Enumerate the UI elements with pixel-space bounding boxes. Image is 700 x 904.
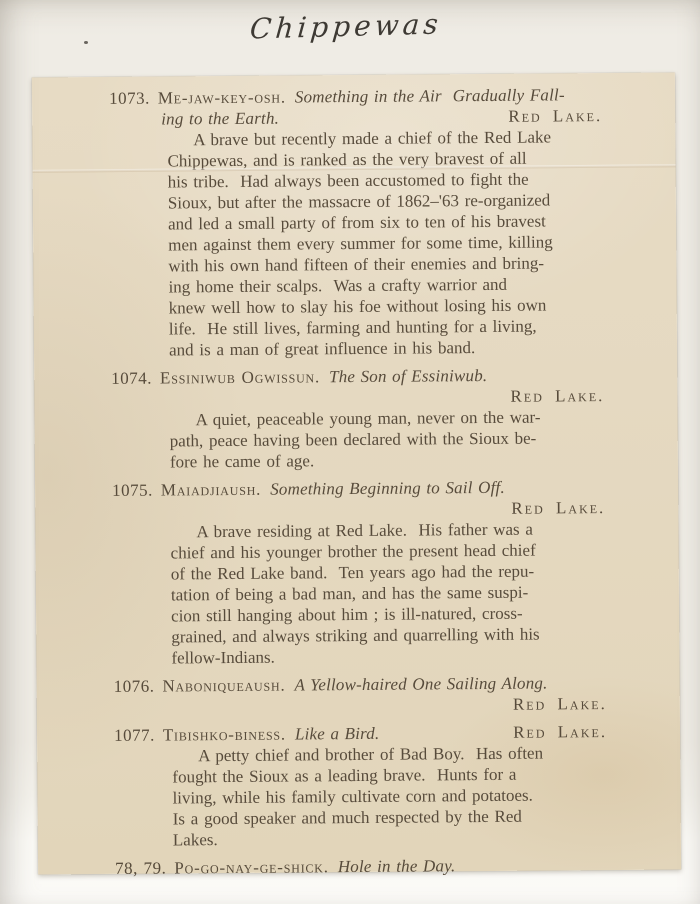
entry-1076: 1076.Naboniqueaush.A Yellow-haired One S… — [114, 672, 607, 718]
entry-number: 1077. — [114, 726, 155, 745]
entry-title: The Son of Essiniwub. — [329, 366, 487, 386]
entry-name: Naboniqueaush. — [162, 676, 285, 696]
entry-location: Red Lake. — [513, 694, 607, 714]
entry-title: Hole in the Day. — [338, 856, 456, 876]
entry-heading: 1077.Tibishko-biness.Like a Bird.Red Lak… — [114, 721, 607, 746]
entry-1075: 1075.Maiadjiaush.Something Beginning to … — [112, 476, 606, 669]
handwritten-title: Chippewas — [249, 7, 443, 45]
entry-heading: 1075.Maiadjiaush.Something Beginning to … — [112, 476, 605, 501]
entry-number: 78, 79. — [115, 859, 166, 878]
entry-body: A brave but recently made a chief of the… — [167, 126, 604, 360]
entry-title: Like a Bird. — [295, 724, 380, 744]
entry-78-79: 78, 79.Po-go-nay-ge-shick.Hole in the Da… — [115, 854, 608, 879]
entry-heading: 78, 79.Po-go-nay-ge-shick.Hole in the Da… — [115, 854, 608, 879]
entry-heading: 1074.Essiniwub Ogwissun.The Son of Essin… — [111, 364, 604, 389]
entry-name: Maiadjiaush. — [161, 480, 261, 500]
entry-1074: 1074.Essiniwub Ogwissun.The Son of Essin… — [111, 364, 605, 473]
entry-heading: 1076.Naboniqueaush.A Yellow-haired One S… — [114, 672, 607, 697]
entry-body: A petty chief and brother of Bad Boy. Ha… — [172, 742, 608, 850]
entry-number: 1076. — [114, 677, 155, 696]
entry-name: Po-go-nay-ge-shick. — [174, 857, 329, 877]
entry-location: Red Lake. — [513, 721, 607, 743]
entry-title: Something Beginning to Sail Off. — [270, 478, 505, 499]
entry-number: 1073. — [109, 89, 150, 108]
photo-of-album-page: { "photo": { "handwritten_label": "Chipp… — [0, 0, 700, 904]
entry-title: A Yellow-haired One Sailing Along. — [294, 674, 547, 695]
entry-location: Red Lake. — [508, 105, 602, 127]
entry-body: A quiet, peaceable young man, never on t… — [169, 406, 604, 472]
entry-number: 1074. — [111, 369, 152, 388]
entry-location-line: Red Lake. — [114, 693, 607, 718]
ink-speck — [84, 41, 88, 44]
printed-catalog-clipping: 1073.Me-jaw-key-osh.Something in the Air… — [32, 72, 681, 874]
entry-heading: 1073.Me-jaw-key-osh.Something in the Air… — [109, 84, 602, 130]
entry-1073: 1073.Me-jaw-key-osh.Something in the Air… — [109, 84, 604, 361]
entry-body: A brave residing at Red Lake. His father… — [170, 518, 606, 668]
entry-number: 1075. — [112, 481, 153, 500]
entry-name: Tibishko-biness. — [163, 725, 286, 745]
entry-location: Red Lake. — [510, 386, 604, 406]
entry-location: Red Lake. — [511, 498, 605, 518]
entry-name: Essiniwub Ogwissun. — [160, 367, 320, 387]
entry-name: Me-jaw-key-osh. — [158, 88, 286, 108]
entry-1077: 1077.Tibishko-biness.Like a Bird.Red Lak… — [114, 721, 608, 851]
